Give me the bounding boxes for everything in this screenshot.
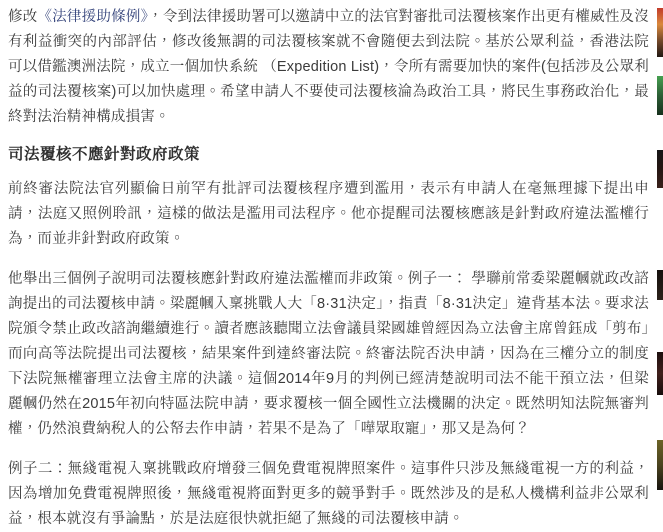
paragraph-example-two: 例子二：無綫電視入稟挑戰政府增發三個免費電視牌照案件。這事件只涉及無綫電視一方的… — [8, 457, 649, 532]
thumbnail-sliver-1[interactable] — [657, 8, 663, 57]
paragraph-intro-after-link: ，令到法律援助署可以邀請中立的法官對審批司法覆核案作出更有權威性及沒有利益衝突的… — [8, 9, 649, 125]
section-heading: 司法覆核不應針對政府政策 — [8, 145, 649, 165]
thumbnail-sliver-2[interactable] — [657, 76, 663, 115]
thumbnail-sliver-3[interactable] — [657, 150, 663, 188]
thumbnail-sliver-6[interactable] — [657, 440, 663, 490]
thumbnail-sliver-4[interactable] — [657, 270, 663, 300]
paragraph-intro-before-link: 修改 — [8, 9, 37, 25]
paragraph-example-one: 他舉出三個例子說明司法覆核應針對政府違法濫權而非政策。例子一： 學聯前常委梁麗幗… — [8, 267, 649, 442]
article-page: 修改《法律援助條例》，令到法律援助署可以邀請中立的法官對審批司法覆核案作出更有權… — [0, 0, 663, 532]
legal-aid-ordinance-link[interactable]: 《法律援助條例》 — [37, 9, 148, 25]
paragraph-judge-criticism: 前終審法院法官列顯倫日前罕有批評司法覆核程序遭到濫用，表示有申請人在毫無理據下提… — [8, 177, 649, 252]
paragraph-intro: 修改《法律援助條例》，令到法律援助署可以邀請中立的法官對審批司法覆核案作出更有權… — [8, 5, 649, 130]
article-content: 修改《法律援助條例》，令到法律援助署可以邀請中立的法官對審批司法覆核案作出更有權… — [0, 0, 657, 532]
thumbnail-sliver-5[interactable] — [657, 352, 663, 395]
